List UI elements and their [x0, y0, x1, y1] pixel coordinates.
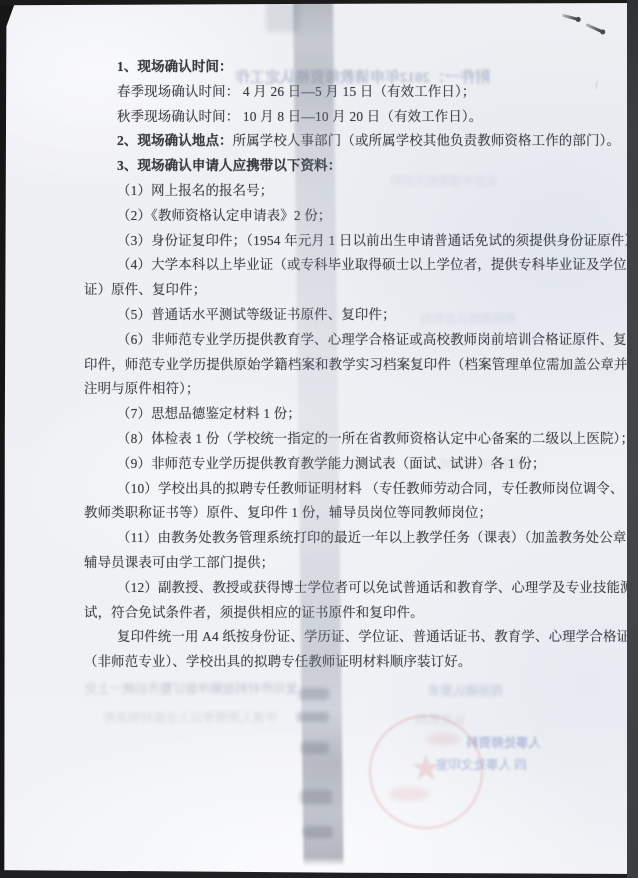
doc-line: （5）普通话水平测试等级证书原件、复印件； — [84, 303, 624, 328]
doc-line: （2）《教师资格认定申请表》2 份； — [84, 204, 624, 229]
doc-line: 印件，师范专业学历提供原始学籍档案和教学实习档案复印件（档案管理单位需加盖公章并 — [84, 353, 624, 378]
doc-line: 辅导员课表可由学工部门提供； — [84, 551, 624, 576]
doc-line: 秋季现场确认时间： 10 月 8 日—10 月 20 日（有效工作日）。 — [84, 105, 624, 130]
doc-line: 3、现场确认申请人应携带以下资料： — [84, 154, 624, 179]
doc-line: （非师范专业）、学校出具的拟聘专任教师证明材料顺序装订好。 — [84, 650, 624, 675]
doc-line: 试，符合免试条件者，须提供相应的证书原件和复印件。 — [84, 601, 624, 626]
doc-line: （1）网上报名的报名号； — [84, 179, 624, 204]
doc-line: 证）原件、复印件； — [84, 278, 624, 303]
doc-line: 教师类职称证书等）原件、复印件 1 份，辅导员岗位等同教师岗位； — [84, 501, 624, 526]
doc-line: （4）大学本科以上毕业证（或专科毕业取得硕士以上学位者，提供专科毕业证及学位 — [84, 253, 624, 278]
doc-line: （3）身份证复印件；（1954 年元月 1 日以前出生申请普通话免试的须提供身份… — [84, 229, 624, 254]
doc-line: 复印件统一用 A4 纸按身份证、学历证、学位证、普通话证书、教育学、心理学合格证 — [84, 625, 624, 650]
doc-line: （11）由教务处教务管理系统打印的最近一年以上教学任务（课表）（加盖教务处公章）… — [84, 526, 624, 551]
doc-line: 2、现场确认地点：所属学校人事部门（或所属学校其他负责教师资格工作的部门）。 — [84, 129, 624, 154]
doc-line: （8）体检表 1 份（学校统一指定的一所在省教师资格认定中心备案的二级以上医院）… — [84, 427, 624, 452]
document-body: 1、现场确认时间： 春季现场确认时间： 4 月 26 日—5 月 15 日（有效… — [84, 55, 624, 675]
scanned-document-page: { "doc": { "lines": [ {"bold": "1、现场确认时间… — [0, 0, 638, 878]
doc-line: 注明与原件相符）； — [84, 377, 624, 402]
doc-line: 1、现场确认时间： — [84, 55, 624, 80]
doc-line: （7）思想品德鉴定材料 1 份； — [84, 402, 624, 427]
doc-line: （12）副教授、教授或获得博士学位者可以免试普通话和教育学、心理学及专业技能测 — [84, 576, 624, 601]
doc-line: 春季现场确认时间： 4 月 26 日—5 月 15 日（有效工作日）； — [84, 80, 624, 105]
doc-line: （6）非师范专业学历提供教育学、心理学合格证或高校教师岗前培训合格证原件、复 — [84, 328, 624, 353]
doc-line: （10）学校出具的拟聘专任教师证明材料 （专任教师劳动合同，专任教师岗位调令、 — [84, 477, 624, 502]
doc-line: （9）非师范专业学历提供教育教学能力测试表（面试、试讲）各 1 份； — [84, 452, 624, 477]
scan-edge-right — [627, 0, 638, 878]
